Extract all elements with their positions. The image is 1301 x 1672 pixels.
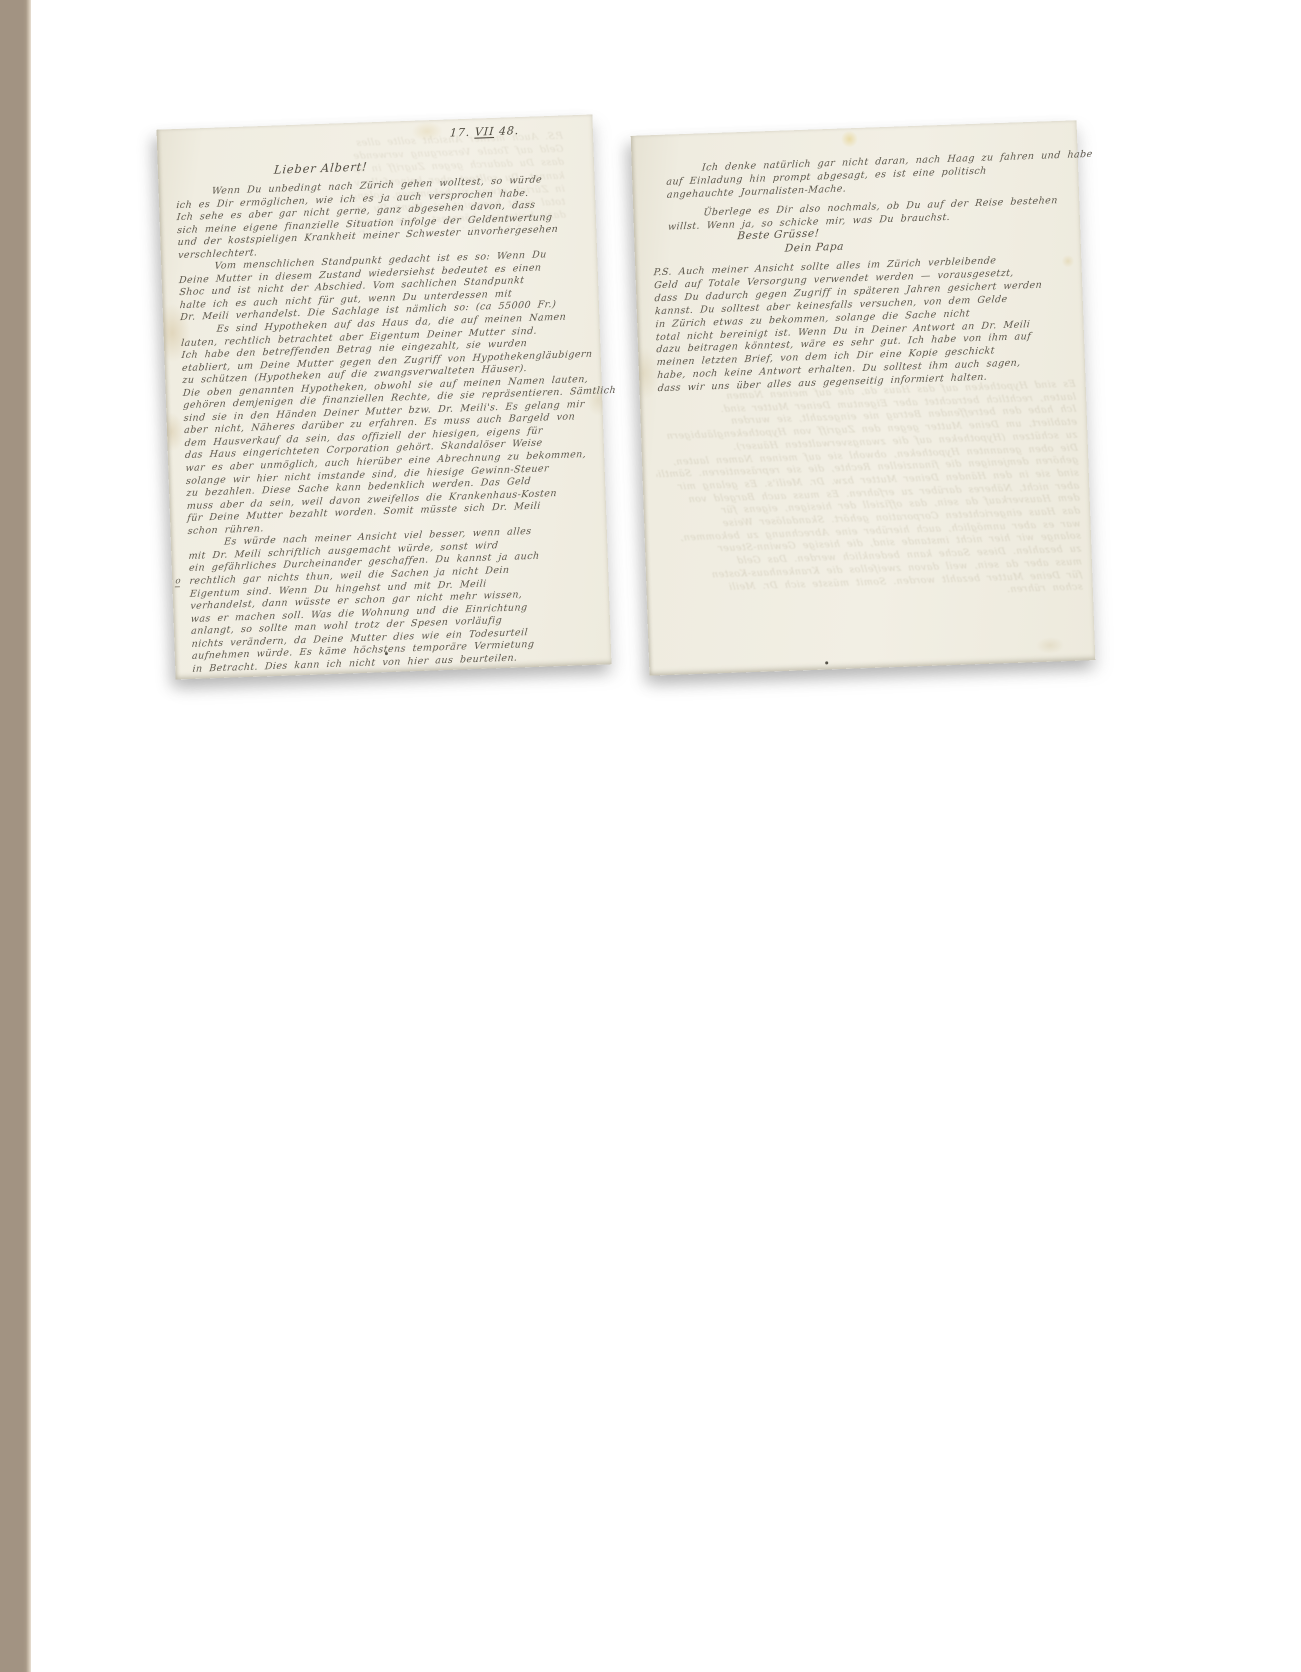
letter-body-page-2: Ich denke natürlich gar nicht daran, nac… xyxy=(666,149,1072,234)
signature: Dein Papa xyxy=(784,241,844,255)
letter-page-1: P.S. Auch meiner Ansicht sollte alles im… xyxy=(157,115,612,680)
date-day: 17. xyxy=(449,126,470,140)
ink-dot xyxy=(385,652,388,655)
ink-dot xyxy=(825,661,828,664)
date-year: 48. xyxy=(498,124,519,138)
postscript: P.S. Auch meiner Ansicht sollte alles im… xyxy=(653,253,1079,397)
show-through-text: Es sind Hypotheken auf das Haus da, die … xyxy=(654,379,1085,648)
paragraph-5: Ich denke natürlich gar nicht daran, nac… xyxy=(666,149,1071,202)
letter-body-page-1: Wenn Du unbedingt nach Zürich gehen woll… xyxy=(176,173,604,676)
paragraph-3: Es sind Hypotheken auf das Haus da, die … xyxy=(180,311,598,539)
margin-mark: o xyxy=(175,576,181,587)
paragraph-6: Überlege es Dir also nochmals, ob Du auf… xyxy=(667,194,1072,234)
date-month: VII xyxy=(474,125,495,139)
catalog-photo-background: { "scene": { "background_color": "#fffff… xyxy=(0,0,1301,1672)
closing: Beste Grüsse! xyxy=(737,227,820,242)
letter-date: 17. VII 48. xyxy=(449,124,520,139)
page-margin-stripe xyxy=(0,0,31,1672)
letter-page-2: Ich denke natürlich gar nicht daran, nac… xyxy=(631,120,1096,675)
paragraph-4: Es würde nach meiner Ansicht viel besser… xyxy=(188,524,604,676)
